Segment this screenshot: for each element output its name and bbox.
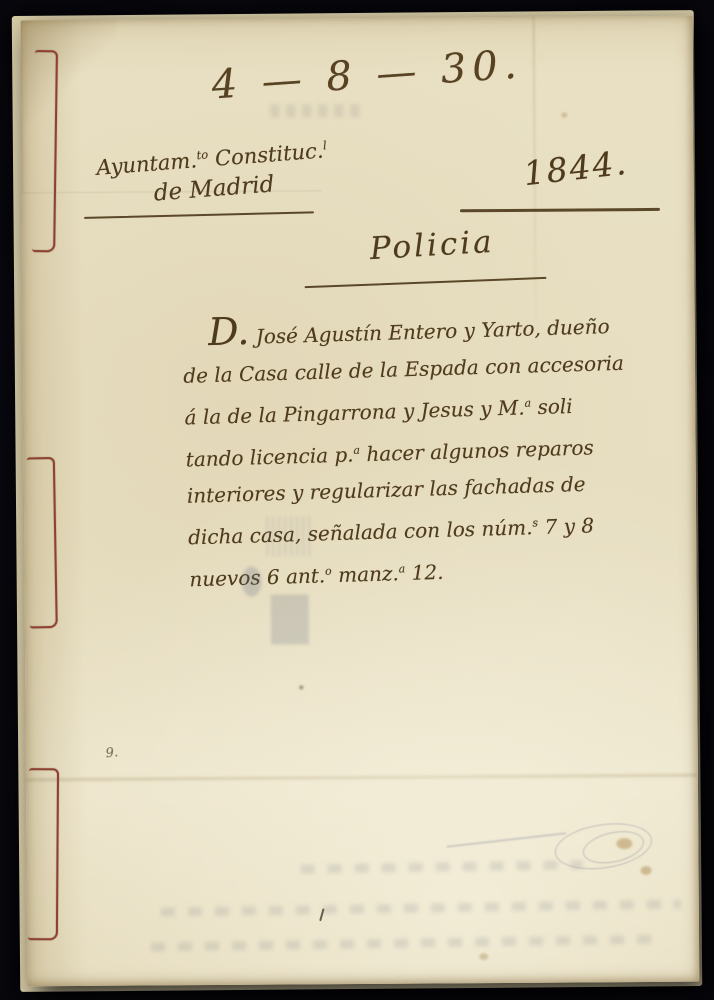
binding-thread-middle [27, 457, 58, 628]
binding-thread-top [32, 50, 58, 252]
bleed-through-hatched-rect [266, 516, 312, 556]
stain-mark [561, 113, 567, 118]
binding-thread-bottom [28, 768, 59, 940]
bleed-through-text-line [151, 935, 651, 952]
bleed-through-rect [271, 594, 309, 644]
institution-underline [84, 211, 314, 219]
photo-background: 4 — 8 — 30. Ayuntam.to Constituc.l de Ma… [0, 0, 714, 1000]
stain-mark [299, 685, 303, 689]
section-title: Policia [305, 220, 559, 271]
year-underline [460, 208, 660, 212]
bleed-through-oval [241, 567, 261, 597]
stain-mark [641, 866, 652, 875]
manuscript-page: 4 — 8 — 30. Ayuntam.to Constituc.l de Ma… [21, 16, 700, 987]
stain-mark [616, 838, 632, 849]
section-title-underline [305, 277, 547, 288]
faint-pencil-ghost-word [270, 104, 365, 118]
stain-mark [479, 953, 488, 960]
pencil-note: 9. [105, 745, 119, 761]
institution-block: Ayuntam.to Constituc.l de Madrid [82, 129, 344, 214]
docket-number: 4 — 8 — 30. [180, 39, 554, 110]
manuscript-body: D. José Agustín Entero y Yarto, dueñode … [182, 300, 682, 598]
year: 1844. [472, 137, 679, 198]
horizontal-crease [26, 774, 698, 782]
bleed-through-text-line [301, 860, 583, 873]
pencil-scribble-tail [447, 832, 566, 847]
bleed-through-text-line [161, 900, 681, 917]
